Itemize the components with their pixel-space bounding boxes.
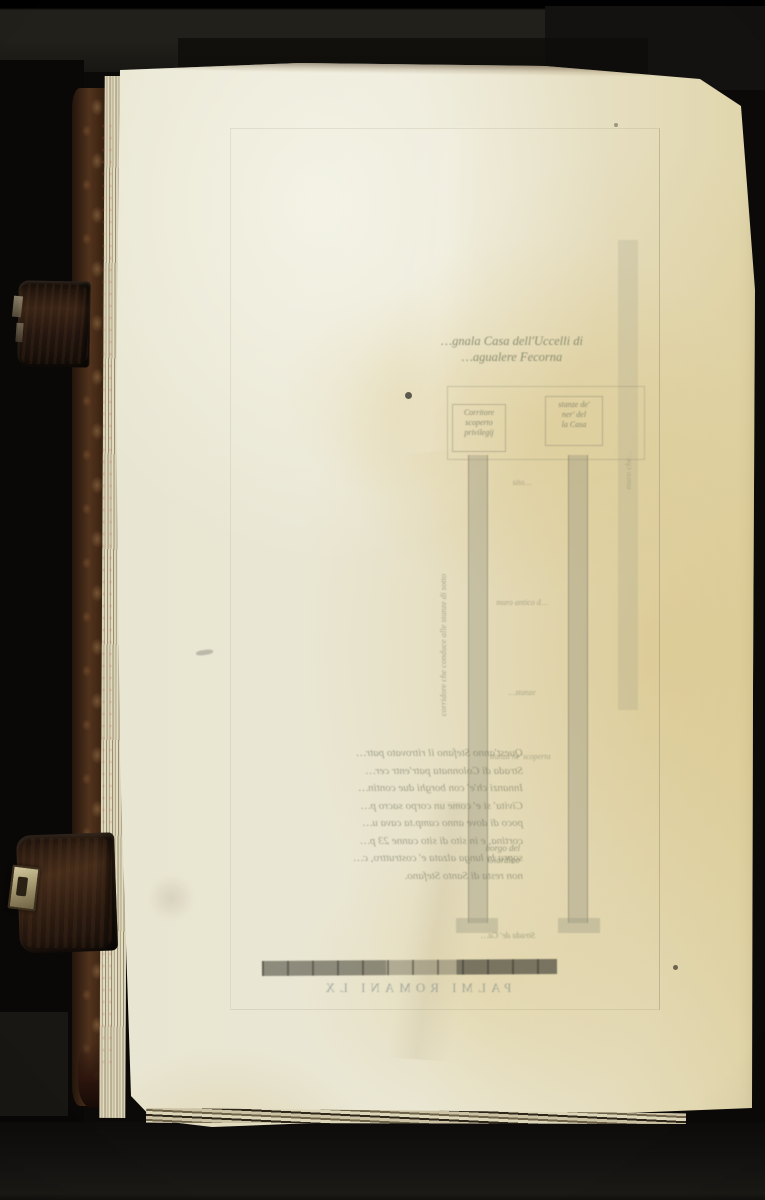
paragraph-line: Quest'anno Stefano il ritrovato patr… [283, 745, 523, 763]
plan-corridor-wall-right [568, 455, 588, 923]
plan-label-box-left: Corritore scoperto privilegij [452, 404, 506, 452]
showthrough-heading: …gnala Casa dell'Uccelli di …agualere Fe… [428, 333, 596, 365]
plan-label-box-right: stanze de' ner' del la Casa [545, 396, 603, 446]
scale-caption-mirrored: PALMI ROMANI LX [268, 980, 564, 996]
paragraph-line: cortina, e in sito di sito canne 23 p… [283, 833, 523, 851]
plan-vertical-label: corridore che conduce alle stanze di sot… [438, 560, 448, 730]
background-bottom-left [0, 1012, 68, 1116]
showthrough-heading-line2: …agualere Fecorna [428, 349, 596, 365]
ink-speck [614, 123, 618, 127]
plan-label-3: …stanze [492, 688, 552, 698]
plan-label-2: muro antico d… [486, 598, 558, 608]
scale-bar-showthrough [262, 959, 557, 976]
plan-wall-foot-right [558, 918, 600, 933]
clasp-strap-top-grain [20, 284, 88, 364]
pencil-mark [196, 649, 214, 656]
paragraph-line: poco di dove anno camp.ta cava u… [283, 815, 523, 833]
plan-label-box-right-line3: la Casa [546, 420, 602, 430]
showthrough-heading-line1: …gnala Casa dell'Uccelli di [428, 333, 596, 349]
plan-label-1: sito… [492, 478, 552, 488]
plan-vertical-label-2: muro che… [623, 395, 633, 545]
paragraph-line: Innanzi ch'e' con borghi due contin… [283, 780, 523, 798]
faint-smudge [146, 876, 196, 920]
ink-speck [405, 392, 412, 399]
paragraph-line: non resta di Santo Stefano. [283, 868, 523, 886]
plan-label-box-left-line1: Corritore [453, 408, 505, 418]
book-photograph: …gnala Casa dell'Uccelli di …agualere Fe… [0, 0, 765, 1200]
ink-speck [673, 965, 678, 970]
showthrough-paragraph: Quest'anno Stefano il ritrovato patr… St… [283, 745, 523, 885]
plan-street-label: Strada de' Ca… [464, 930, 552, 940]
paragraph-line: Strada di Colonnata patr'entr cer… [283, 763, 523, 781]
paragraph-line: sopra la lunga alzata e' costruttro, c… [283, 850, 523, 868]
plan-label-box-left-line3: privilegij [453, 428, 505, 438]
clasp-metal-hook-top-2 [15, 323, 23, 342]
plan-label-box-right-line1: stanze de' [546, 400, 602, 410]
paragraph-line: Civita' si e' come un corpo sacro p… [283, 798, 523, 816]
plan-label-box-left-line2: scoperto [453, 418, 505, 428]
plan-label-box-right-line2: ner' del [546, 410, 602, 420]
background-bottom-band [0, 1122, 765, 1200]
